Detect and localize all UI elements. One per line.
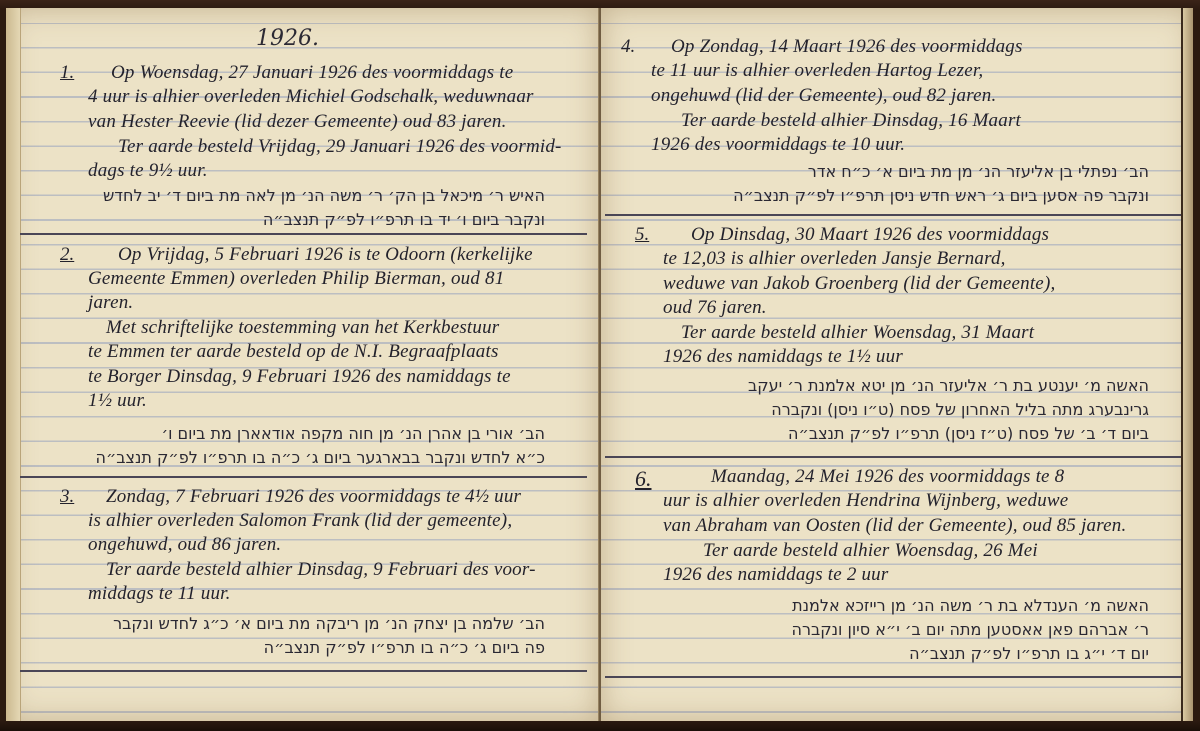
entry-number: 4.: [621, 36, 635, 58]
entry-number: 1.: [60, 62, 74, 84]
hebrew-text-line: ונקבר ביום ו׳ יד בו תרפ״ו לפ״ק תנצב״ה: [263, 210, 545, 229]
entry-divider: [20, 476, 587, 478]
entry-divider: [605, 676, 1181, 678]
hebrew-text-line: הב׳ שלמה בן יצחק הנ׳ מן ריבקה מת ביום א׳…: [113, 614, 545, 633]
entry-text-line: middags te 11 uur.: [88, 583, 231, 605]
hebrew-text-line: יום ד׳ י״ג בו תרפ״ו לפ״ק תנצב״ה: [909, 644, 1149, 663]
entry-number: 6.: [635, 466, 652, 492]
entry-text-line: Ter aarde besteld alhier Woensdag, 31 Ma…: [681, 322, 1034, 344]
entry-divider: [605, 456, 1181, 458]
entry-number: 5.: [635, 224, 649, 246]
year-heading: 1926.: [256, 26, 319, 51]
entry-text-line: ongehuwd, oud 86 jaren.: [88, 534, 281, 556]
entry-text-line: Maandag, 24 Mei 1926 des voormiddags te …: [711, 466, 1064, 488]
entry-text-line: Op Zondag, 14 Maart 1926 des voormiddags: [671, 36, 1023, 58]
entry-text-line: Op Woensdag, 27 Januari 1926 des voormid…: [111, 62, 513, 84]
entry-text-line: Ter aarde besteld Vrijdag, 29 Januari 19…: [118, 136, 562, 158]
entry-number: 3.: [60, 486, 74, 508]
entry-text-line: Ter aarde besteld alhier Dinsdag, 16 Maa…: [681, 110, 1021, 132]
hebrew-text-line: ונקבר פה אסען ביום ג׳ ראש חדש ניסן תרפ״ו…: [733, 186, 1149, 205]
entry-divider: [20, 233, 587, 235]
entry-text-line: 1½ uur.: [88, 390, 147, 412]
entry-text-line: ongehuwd (lid der Gemeente), oud 82 jare…: [651, 85, 996, 107]
hebrew-text-line: הב׳ נפתלי בן אליעזר הנ׳ מן מת ביום א׳ כ״…: [808, 162, 1149, 181]
hebrew-text-line: האשה מ׳ הענדלא בת ר׳ משה הנ׳ מן רייזכא א…: [792, 596, 1149, 615]
entry-text-line: te 12,03 is alhier overleden Jansje Bern…: [663, 248, 1006, 270]
entry-text-line: jaren.: [88, 292, 133, 314]
entry-text-line: is alhier overleden Salomon Frank (lid d…: [88, 510, 512, 532]
entry-text-line: van Abraham van Oosten (lid der Gemeente…: [663, 515, 1126, 537]
hebrew-text-line: האיש ר׳ מיכאל בן הק׳ ר׳ משה הנ׳ מן לאה מ…: [103, 186, 545, 205]
entry-number: 2.: [60, 244, 74, 266]
hebrew-text-line: גרינבערג מתה בליל האחרון של פסח (ט״ו ניס…: [771, 400, 1149, 419]
entry-text-line: 4 uur is alhier overleden Michiel Godsch…: [88, 86, 534, 108]
entry-text-line: van Hester Reevie (lid dezer Gemeente) o…: [88, 111, 507, 133]
entry-text-line: Op Vrijdag, 5 Februari 1926 is te Odoorn…: [118, 244, 533, 266]
entry-text-line: weduwe van Jakob Groenberg (lid der Geme…: [663, 273, 1055, 295]
entry-text-line: te Borger Dinsdag, 9 Februari 1926 des n…: [88, 366, 511, 388]
left-page: 1926. 1. Op Woensdag, 27 Januari 1926 de…: [6, 8, 599, 721]
entry-text-line: 1926 des namiddags te 2 uur: [663, 564, 888, 586]
entry-text-line: Ter aarde besteld alhier Dinsdag, 9 Febr…: [106, 559, 536, 581]
entry-text-line: 1926 des namiddags te 1½ uur: [663, 346, 903, 368]
entry-text-line: dags te 9½ uur.: [88, 160, 208, 182]
entry-text-line: Op Dinsdag, 30 Maart 1926 des voormiddag…: [691, 224, 1049, 246]
entry-text-line: Met schriftelijke toestemming van het Ke…: [106, 317, 499, 339]
entry-text-line: Ter aarde besteld alhier Woensdag, 26 Me…: [703, 540, 1038, 562]
hebrew-text-line: הב׳ אורי בן אהרן הנ׳ מן חוה מקפה אודאארן…: [161, 424, 545, 443]
hebrew-text-line: כ״א לחדש ונקבר בבארגער ביום ג׳ כ״ה בו תר…: [96, 448, 545, 467]
entry-divider: [20, 670, 587, 672]
hebrew-text-line: האשה מ׳ יענטע בת ר׳ אליעזר הנ׳ מן יטא אל…: [748, 376, 1149, 395]
hebrew-text-line: ביום ד׳ ב׳ של פסח (ט״ז ניסן) תרפ״ו לפ״ק …: [788, 424, 1149, 443]
entry-text-line: 1926 des voormiddags te 10 uur.: [651, 134, 905, 156]
entry-text-line: Gemeente Emmen) overleden Philip Bierman…: [88, 268, 504, 290]
entry-text-line: oud 76 jaren.: [663, 297, 767, 319]
right-page: 4. Op Zondag, 14 Maart 1926 des voormidd…: [601, 8, 1193, 721]
hebrew-text-line: פה ביום ג׳ כ״ה בו תרפ״ו לפ״ק תנצב״ה: [264, 638, 545, 657]
hebrew-text-line: ר׳ אברהם פאן אאסטען מתה יום ב׳ י״א סיון …: [792, 620, 1149, 639]
entry-text-line: Zondag, 7 Februari 1926 des voormiddags …: [106, 486, 521, 508]
entry-text-line: te Emmen ter aarde besteld op de N.I. Be…: [88, 341, 499, 363]
notebook-spread: 1926. 1. Op Woensdag, 27 Januari 1926 de…: [0, 0, 1200, 731]
entry-text-line: te 11 uur is alhier overleden Hartog Lez…: [651, 60, 983, 82]
entry-text-line: uur is alhier overleden Hendrina Wijnber…: [663, 490, 1068, 512]
entry-divider: [605, 214, 1181, 216]
